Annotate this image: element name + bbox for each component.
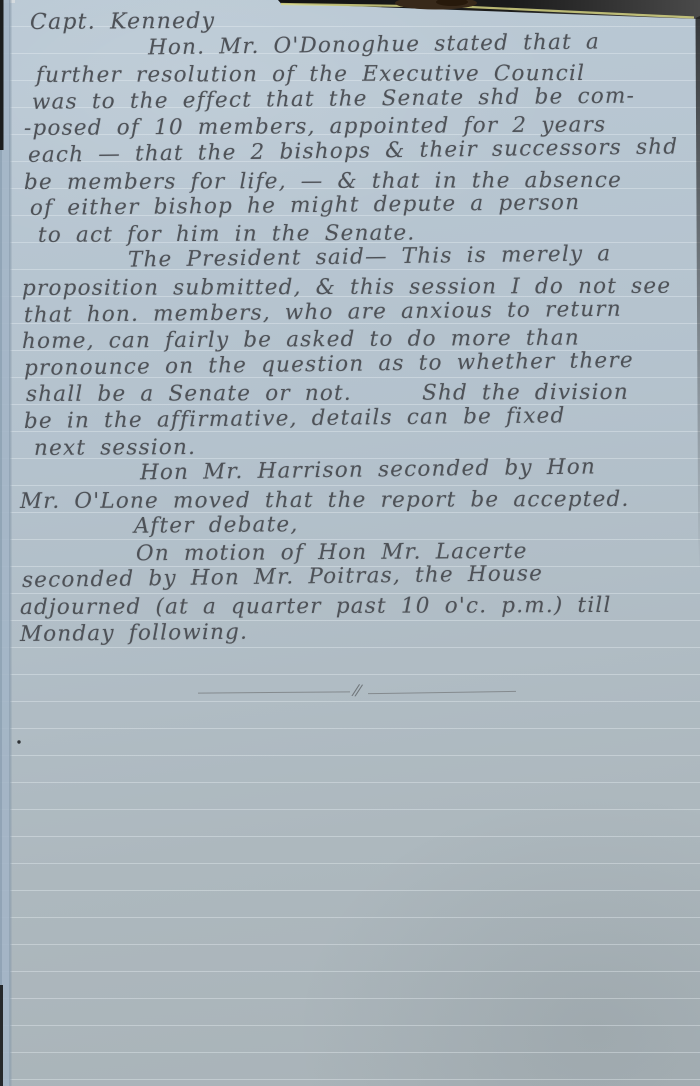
manuscript-line: be in the affirmative, details can be fi… [20, 402, 686, 436]
divider-rule-left [198, 691, 350, 693]
handwritten-text-block: Capt. Kennedy Hon. Mr. O'Donoghue stated… [20, 10, 686, 648]
section-divider: // [198, 684, 530, 700]
manuscript-line: After debate, [20, 508, 686, 542]
scanned-manuscript-page: Capt. Kennedy Hon. Mr. O'Donoghue stated… [0, 0, 700, 1086]
divider-tick-mark: // [352, 681, 360, 700]
manuscript-line: of either bishop he might depute a perso… [20, 189, 686, 223]
divider-rule-right [368, 690, 516, 693]
